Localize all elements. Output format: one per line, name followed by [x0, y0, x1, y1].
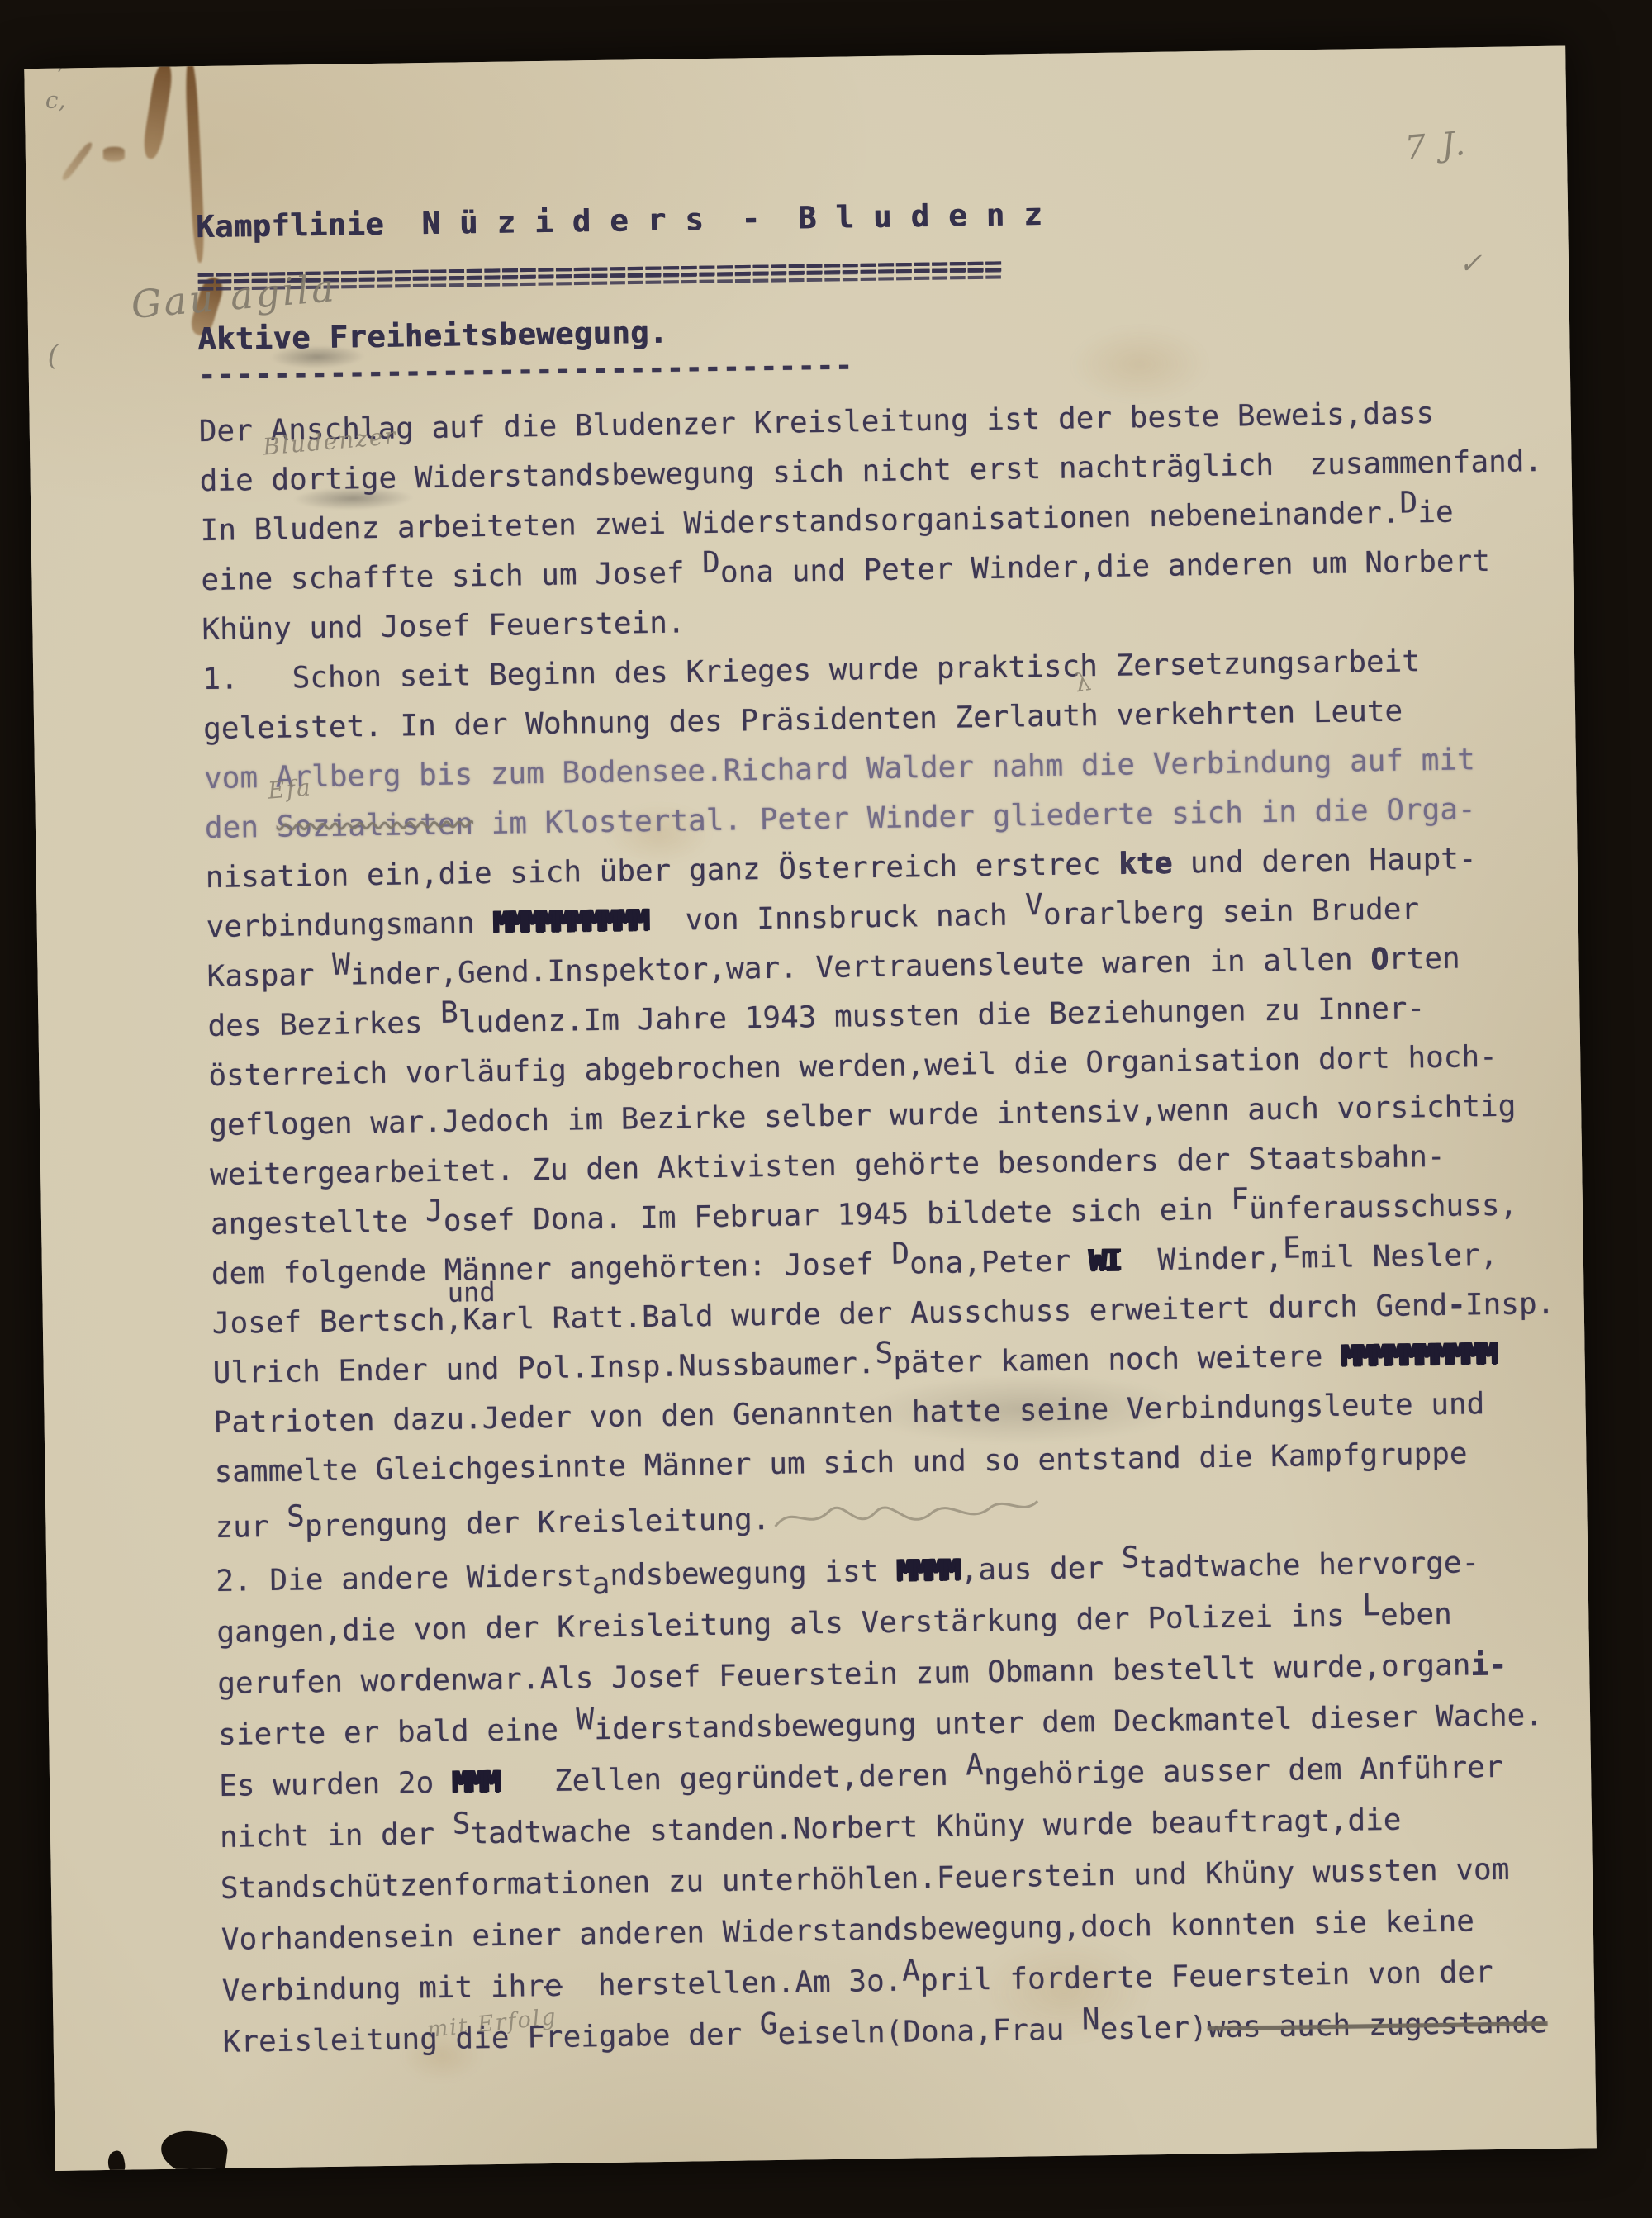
typed-line: geleistet. In der Wohnung des Präsidente…	[203, 693, 1403, 749]
typed-text: Standschützenformationen zu unterhöhlen.…	[221, 1853, 1510, 1906]
typed-text: sammelte Gleichgesinnte Männer um sich u…	[214, 1437, 1468, 1489]
typed-text: ie	[1417, 496, 1454, 530]
typed-text: ndsbewegung ist	[610, 1555, 896, 1593]
pencil-scribble	[770, 1493, 1043, 1548]
typed-text: Patrioten dazu.Jeder von den Genannten h…	[213, 1387, 1484, 1440]
typed-line: eine schaffte sich um Josef Dona und Pet…	[201, 543, 1490, 600]
typed-text: iderstandsbewegung unter dem Deckmantel …	[594, 1698, 1543, 1746]
typed-text: verbindungsmann	[206, 906, 492, 944]
typed-text: rten	[1389, 942, 1460, 976]
typed-text: die	[199, 463, 271, 498]
typed-line: vom Arlberg bis zum Bodensee.Richard Wal…	[204, 741, 1475, 798]
typed-text: W	[576, 1703, 594, 1736]
typed-text: ona,Peter	[909, 1244, 1089, 1280]
typed-text: Verbindung mit ihr	[222, 1969, 545, 2008]
paper-edge-chip	[159, 2128, 230, 2171]
typed-text: N	[1082, 2002, 1100, 2036]
typed-line: sierte er bald eine Widerstandsbewegung …	[218, 1697, 1543, 1755]
typed-line: Kaspar Winder,Gend.Inspektor,war. Vertra…	[206, 940, 1460, 997]
ink-stain-dot	[103, 146, 125, 161]
typed-text: J	[425, 1194, 444, 1228]
typed-text: E	[1283, 1231, 1301, 1265]
ink-stain-stroke	[141, 61, 174, 160]
typed-text: G	[759, 2007, 777, 2041]
typed-text: Winder,	[1122, 1242, 1284, 1278]
typed-text: tadtwache hervorge-	[1139, 1546, 1479, 1584]
typed-text: Kaspar	[206, 958, 332, 994]
typed-text: Es wurden 2o	[219, 1766, 452, 1803]
typed-text: eben	[1380, 1598, 1452, 1632]
typed-line: In Bludenz arbeiteten zwei Widerstandsor…	[200, 494, 1454, 551]
typed-text: nicht in der	[220, 1817, 453, 1855]
typed-text: gerufen wordenwar.Als Josef Feuerstein z…	[217, 1648, 1471, 1701]
typed-text: im Klostertal. Peter Winder gliederte si…	[473, 792, 1476, 841]
typed-line: die Bludenzerdortige Widerstandsbewegung…	[199, 443, 1542, 501]
typed-text: des Bezirkes	[207, 1006, 440, 1043]
typed-text: Sozialisten	[276, 807, 473, 844]
typed-text: D	[891, 1237, 909, 1270]
typed-text: osef Dona. Im Februar 1945 bildete sich …	[444, 1193, 1232, 1238]
typed-line: nisation ein,die sich über ganz Österrei…	[206, 840, 1477, 897]
typed-text: ünferausschuss,	[1249, 1189, 1518, 1227]
typed-line: Verbindung mit ihremit Erfolg herstellen…	[222, 1954, 1493, 2011]
typed-text: S	[452, 1807, 470, 1840]
typed-text: 2. Die andere Widerst	[216, 1559, 592, 1598]
paragraph-section-1: 1. Schon seit Beginn des Krieges wurde p…	[193, 46, 1569, 67]
typed-text: S	[287, 1499, 305, 1533]
margin-mark-c: c,	[45, 86, 66, 113]
typed-text: eiseln(Dona,Frau	[777, 2012, 1082, 2050]
typed-text: gangen,die von der Kreisleitung als Vers…	[216, 1598, 1363, 1650]
typed-line: weitergearbeitet. Zu den Aktivisten gehö…	[210, 1138, 1445, 1194]
typed-text: i-	[1470, 1648, 1507, 1683]
typed-text: prengung der Kreisleitung.	[305, 1503, 771, 1543]
typed-text: D	[1399, 486, 1417, 520]
typed-text: herstellen.Am 3o.	[562, 1964, 902, 2003]
typed-text: mil Nesler,	[1301, 1238, 1498, 1275]
typed-blackout: MMM	[452, 1765, 501, 1800]
typed-text: ,aus der	[960, 1551, 1122, 1588]
typed-text: geflogen war.Jedoch im Bezirke selber wu…	[209, 1090, 1517, 1142]
typed-line: nicht in der Stadtwache standen.Norbert …	[220, 1802, 1402, 1857]
typed-line: Vorhandensein einer anderen Widerstandsb…	[221, 1902, 1475, 1959]
scanned-document-photo: { "page": { "background_color": "#15100b…	[0, 0, 1652, 2218]
typed-text: orarlberg sein Bruder	[1043, 892, 1420, 932]
typed-line: gangen,die von der Kreisleitung als Vers…	[216, 1596, 1452, 1652]
typed-text: L	[1362, 1589, 1380, 1622]
text-column: Kampflinie N ü z i d e r s - B l u d e n…	[193, 46, 1597, 2168]
typed-text: S	[1121, 1541, 1139, 1574]
typed-text: V	[1025, 888, 1043, 922]
typed-text: angestellte	[211, 1204, 426, 1242]
typed-line: österreich vorläufig abgebrochen werden,…	[208, 1038, 1498, 1095]
typed-text: 1. Schon seit Beginn des Krieges wurde p…	[202, 649, 1098, 696]
typed-line: 2. Die andere Widerstandsbewegung ist MM…	[216, 1544, 1479, 1601]
ink-stain-stroke	[60, 140, 94, 182]
typed-text: sierte er bald eine	[218, 1713, 577, 1752]
document-page: Kampflinie N ü z i d e r s - B l u d e n…	[24, 46, 1597, 2171]
typed-line: den EfaSozialisten im Klostertal. Peter …	[205, 791, 1476, 848]
typed-line: des Bezirkes Bludenz.Im Jahre 1943 musst…	[207, 990, 1425, 1046]
typed-text: österreich vorläufig abgebrochen werden,…	[208, 1040, 1498, 1093]
typed-text: Karl Ratt.Bald wurde der Ausschuss erwei…	[463, 1289, 1448, 1337]
margin-mark-seven: 7	[55, 50, 69, 77]
typed-text: eine schaffte sich um Josef	[201, 556, 702, 597]
typed-text: S	[875, 1337, 893, 1370]
typed-insertion: und	[447, 1273, 495, 1312]
typed-blackout: MMMMMMMMMM	[1341, 1337, 1498, 1374]
typed-text: päter kamen noch weitere	[893, 1340, 1341, 1380]
typed-text: von Innsbruck nach	[649, 898, 1026, 938]
typed-text: Ulrich Ender und Pol.Insp.Nussbaumer.	[212, 1346, 875, 1390]
typed-text: O	[1370, 943, 1389, 976]
paragraph-intro: Der Anschlag auf die Bludenzer Kreisleit…	[193, 46, 1569, 67]
typed-text: weitergearbeitet. Zu den Aktivisten gehö…	[210, 1140, 1445, 1192]
typed-line: Josef Bertsch,undKarl Ratt.Bald wurde de…	[212, 1285, 1555, 1343]
paper-edge-chip	[106, 2149, 126, 2171]
pencil-note-above-subtitle: Gau agila	[130, 265, 339, 327]
typed-text: ludenz.Im Jahre 1943 mussten die Beziehu…	[458, 991, 1426, 1039]
paragraph-section-2: 2. Die andere Widerstandsbewegung ist MM…	[193, 46, 1569, 67]
typed-text: ona und Peter Winder,die anderen um Norb…	[720, 544, 1490, 590]
typed-line: dem folgende Männer angehörten: Josef Do…	[211, 1237, 1498, 1294]
typed-line: angestellte Josef Dona. Im Februar 1945 …	[211, 1187, 1518, 1244]
typed-text: B	[440, 996, 458, 1030]
typed-text: In Bludenz arbeiteten zwei Widerstandsor…	[200, 496, 1400, 549]
typed-text: Khüny und Josef Feuerstein.	[202, 606, 686, 647]
typed-text: Zersetzungsarbeit	[1098, 644, 1421, 683]
typed-line: Standschützenformationen zu unterhöhlen.…	[221, 1851, 1510, 1908]
typed-text: A	[966, 1748, 984, 1782]
typed-text: a	[591, 1567, 610, 1601]
typed-text: dem folgende Männer angehörten: Josef	[211, 1247, 892, 1291]
typed-line: gerufen wordenwar.Als Josef Feuerstein z…	[217, 1646, 1507, 1703]
typed-line: zur Sprengung der Kreisleitung.	[215, 1491, 1043, 1555]
typed-text: Josef Bertsch,	[212, 1304, 463, 1341]
typed-text: Zellen gegründet,deren	[501, 1759, 966, 1799]
typed-text: vom Arlberg bis zum Bodensee.Richard Wal…	[204, 743, 1475, 796]
page-count-pencil-note: 7 J.	[1403, 125, 1469, 168]
typed-line: 1. Schon seit Beginn des Krieges wurde p…	[202, 643, 1420, 699]
typed-line: geflogen war.Jedoch im Bezirke selber wu…	[209, 1088, 1517, 1145]
typed-text: -	[1447, 1289, 1465, 1323]
typed-text: D	[702, 546, 720, 580]
typed-line: Es wurden 2o MMM Zellen gegründet,deren …	[219, 1749, 1503, 1806]
typed-blackout: WI	[1089, 1244, 1123, 1279]
typed-text: nisation ein,die sich über ganz Österrei…	[206, 848, 1119, 895]
typed-text: inder,Gend.Inspektor,war. Vertrauensleut…	[350, 943, 1371, 991]
typed-line: Patrioten dazu.Jeder von den Genannten h…	[213, 1385, 1484, 1442]
typed-text: tadtwache standen.Norbert Khüny wurde be…	[470, 1803, 1402, 1851]
typed-text: geleistet. In der Wohnung des Präsidente…	[203, 695, 1403, 747]
typed-text: Insp.	[1465, 1287, 1555, 1323]
typed-blackout: MMMMMMMMMM	[492, 904, 649, 940]
typed-text: und deren Haupt-	[1172, 842, 1477, 880]
typed-line: Ulrich Ender und Pol.Insp.Nussbaumer.Spä…	[212, 1336, 1498, 1393]
typed-text: Vorhandensein einer anderen Widerstandsb…	[221, 1904, 1475, 1957]
typed-text: esler)	[1099, 2011, 1208, 2046]
typed-blackout: MMMM	[896, 1554, 961, 1589]
typed-text: A	[902, 1954, 920, 1988]
typed-text: dortige Widerstandsbewegung sich nicht e…	[271, 444, 1542, 497]
margin-mark-paren: (	[47, 340, 59, 373]
typed-text: den	[205, 810, 277, 845]
typed-text: W	[332, 948, 350, 981]
typed-text: ngehörige ausser dem Anführer	[984, 1750, 1503, 1792]
pencil-annotation: Efa	[266, 768, 313, 810]
typed-line: Khüny und Josef Feuerstein.	[202, 604, 686, 649]
typed-text: zur	[215, 1510, 287, 1545]
check-mark: ✓	[1459, 247, 1483, 280]
typed-text: Kreisleitung die Freigabe der	[222, 2017, 760, 2059]
typed-text: pril forderte Feuerstein von der	[920, 1955, 1493, 1997]
typed-line: Kreisleitung die Freigabe der Geiseln(Do…	[222, 2004, 1547, 2062]
typed-text: kte	[1118, 847, 1173, 881]
typed-line: verbindungsmann MMMMMMMMMM von Innsbruck…	[206, 891, 1419, 947]
typed-line: sammelte Gleichgesinnte Männer um sich u…	[214, 1435, 1468, 1492]
document-title: Kampflinie N ü z i d e r s - B l u d e n…	[196, 196, 1042, 246]
typed-text: F	[1231, 1182, 1249, 1216]
typed-text: was auch zugestande	[1207, 2006, 1547, 2045]
